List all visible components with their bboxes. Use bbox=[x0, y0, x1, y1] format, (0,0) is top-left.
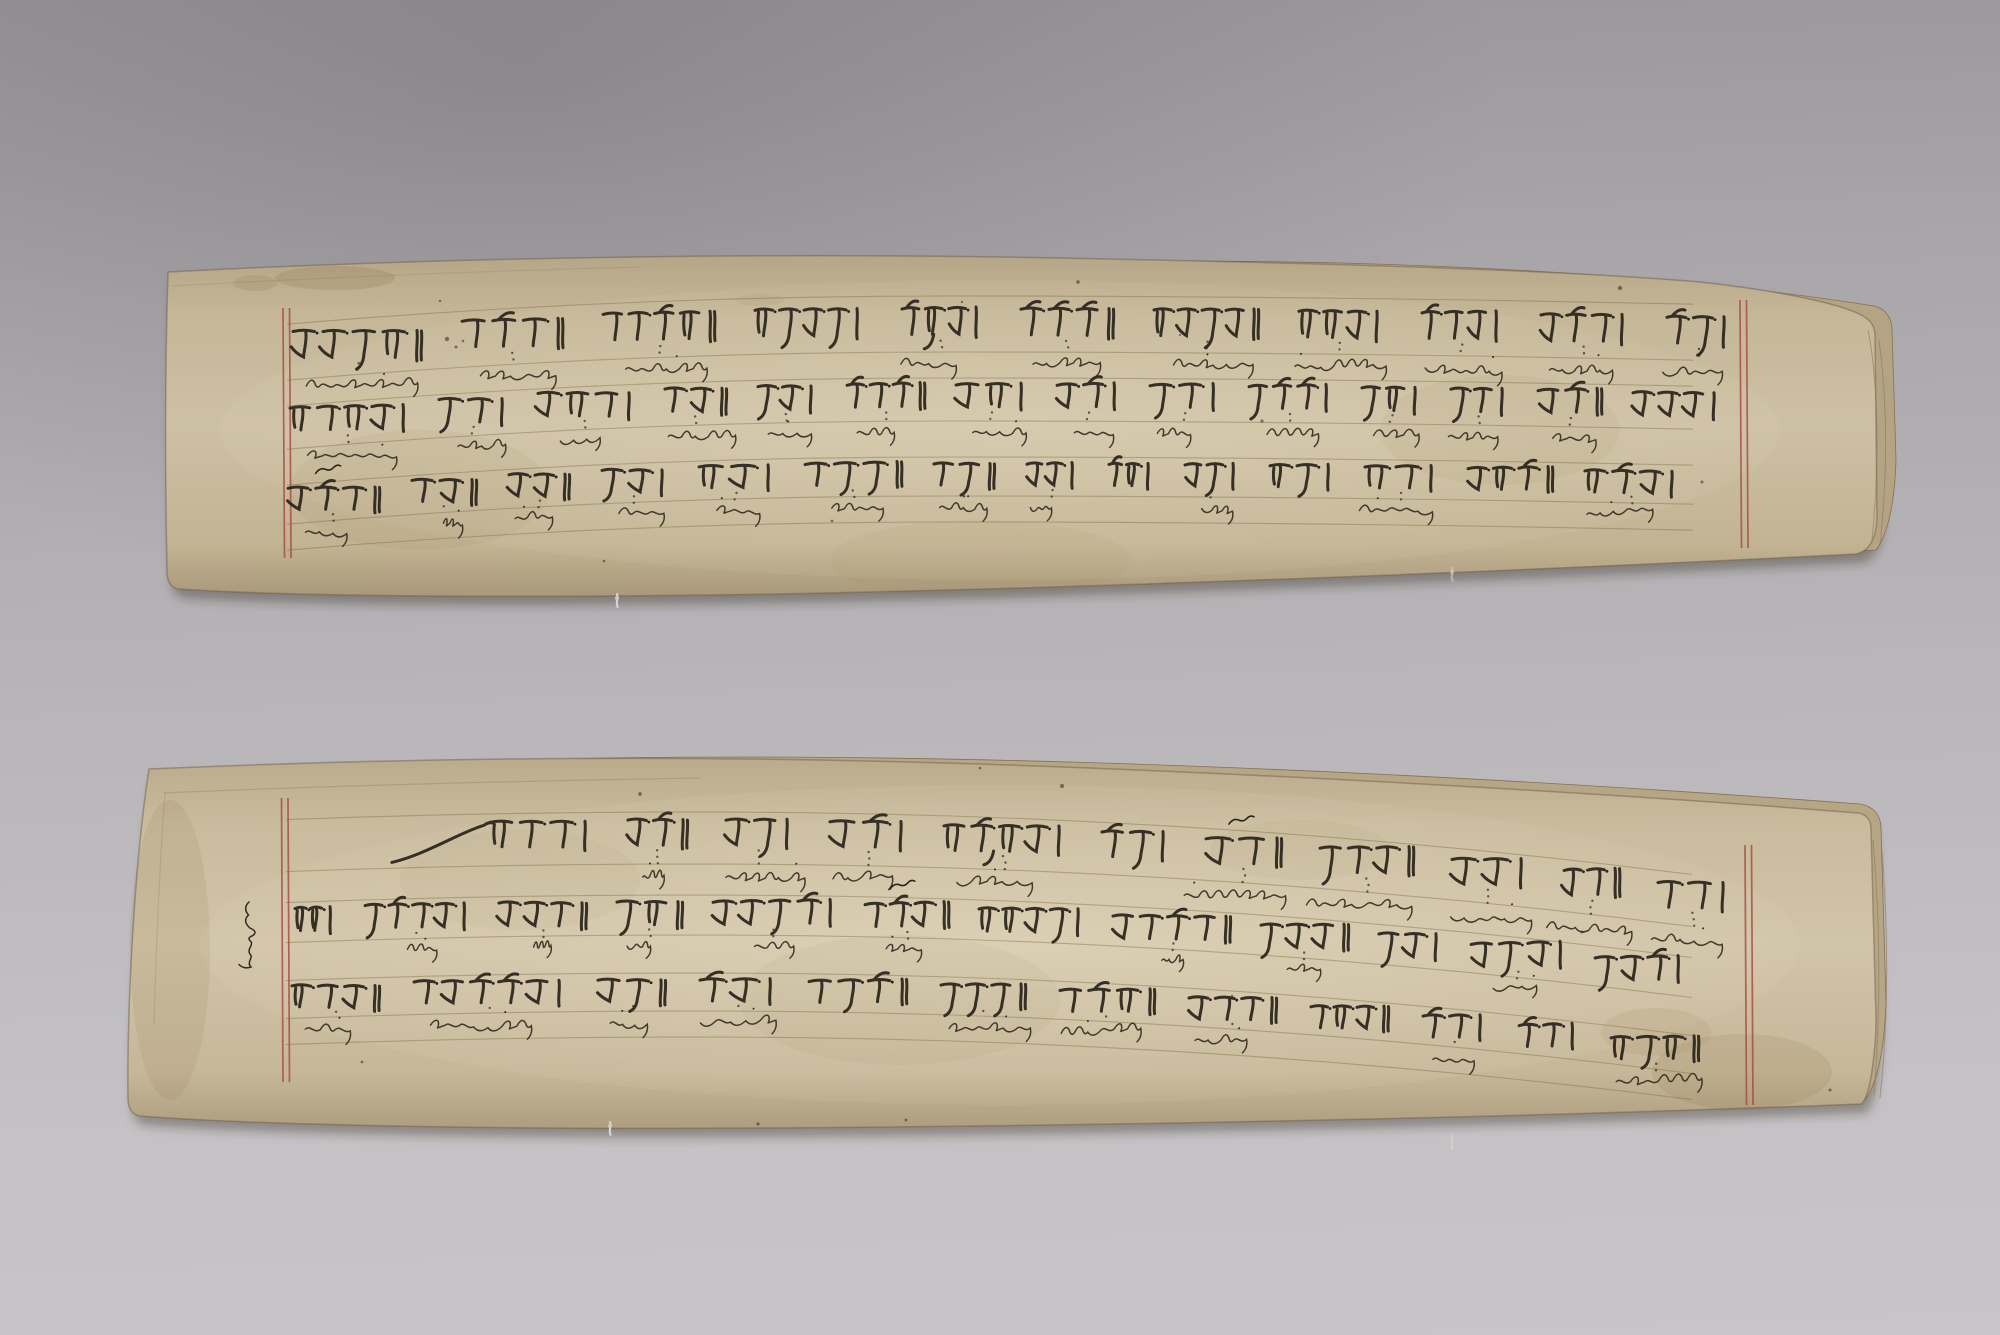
tsheg-dot bbox=[316, 332, 319, 335]
dotted-leader bbox=[335, 1011, 337, 1013]
dotted-leader bbox=[982, 1010, 984, 1012]
tsheg-dot bbox=[986, 985, 989, 988]
dotted-leader bbox=[1570, 417, 1572, 419]
tsheg-dot bbox=[1419, 467, 1422, 470]
dotted-leader bbox=[963, 495, 965, 497]
dotted-leader bbox=[1339, 342, 1341, 344]
tsheg-dot bbox=[1509, 860, 1512, 863]
paper-speck bbox=[439, 300, 441, 302]
bottom-leaf bbox=[128, 757, 1887, 1149]
dotted-leader bbox=[737, 1005, 739, 1007]
tsheg-dot bbox=[543, 823, 546, 826]
dotted-leader bbox=[1630, 496, 1632, 498]
dotted-leader bbox=[965, 489, 967, 491]
dotted-leader bbox=[443, 505, 445, 507]
tsheg-dot bbox=[967, 309, 970, 312]
tsheg-dot bbox=[1657, 1038, 1660, 1041]
dotted-leader bbox=[659, 345, 661, 347]
dotted-leader bbox=[1583, 352, 1585, 354]
tsheg-dot bbox=[1476, 860, 1479, 863]
thread-knot bbox=[1450, 570, 1454, 574]
dotted-leader bbox=[1004, 861, 1006, 863]
paper-speck bbox=[979, 767, 982, 770]
dotted-leader bbox=[1183, 419, 1185, 421]
tsheg-dot bbox=[725, 980, 728, 983]
paper-speck bbox=[455, 346, 458, 349]
paper-speck bbox=[961, 301, 963, 303]
tsheg-dot bbox=[1398, 848, 1401, 851]
tsheg-dot bbox=[943, 309, 946, 312]
dotted-leader bbox=[537, 506, 539, 508]
dotted-leader bbox=[648, 928, 650, 930]
dotted-leader bbox=[772, 929, 774, 931]
dotted-leader bbox=[1065, 340, 1067, 342]
dotted-leader bbox=[332, 513, 334, 515]
tsheg-dot bbox=[798, 310, 801, 313]
paper-speck bbox=[1260, 419, 1263, 422]
dotted-leader bbox=[1487, 889, 1489, 891]
dotted-leader bbox=[852, 489, 854, 491]
tsheg-dot bbox=[1307, 926, 1310, 929]
dotted-leader bbox=[1460, 350, 1462, 352]
paper-speck bbox=[361, 1061, 364, 1064]
dotted-leader bbox=[939, 340, 941, 342]
dotted-leader bbox=[1454, 1041, 1456, 1043]
dotted-leader bbox=[1338, 348, 1340, 350]
paper-speck bbox=[1076, 280, 1080, 284]
dotted-leader bbox=[633, 495, 635, 497]
tsheg-dot bbox=[520, 982, 523, 985]
dotted-leader bbox=[1086, 418, 1088, 420]
dotted-leader bbox=[991, 411, 993, 413]
tsheg-dot bbox=[960, 985, 963, 988]
dotted-leader bbox=[347, 434, 349, 436]
dotted-leader bbox=[772, 935, 774, 937]
dotted-leader bbox=[347, 441, 349, 443]
dotted-leader bbox=[695, 422, 697, 424]
tsheg-dot bbox=[1318, 466, 1321, 469]
paper-speck bbox=[1618, 286, 1622, 290]
tsheg-dot bbox=[406, 332, 409, 335]
dotted-leader bbox=[472, 426, 474, 428]
paper-stain bbox=[735, 294, 785, 306]
tsheg-dot bbox=[435, 982, 438, 985]
paper-thread bbox=[1452, 1136, 1453, 1149]
dotted-leader bbox=[1589, 906, 1591, 908]
dotted-leader bbox=[584, 420, 586, 422]
tsheg-dot bbox=[491, 400, 494, 403]
dotted-leader bbox=[633, 502, 635, 504]
dotted-leader bbox=[1582, 346, 1584, 348]
dotted-leader bbox=[1517, 971, 1519, 973]
tsheg-dot bbox=[1370, 848, 1373, 851]
dotted-leader bbox=[1655, 1069, 1657, 1071]
tsheg-dot bbox=[1063, 464, 1066, 467]
dotted-leader bbox=[907, 937, 909, 939]
dotted-leader bbox=[1241, 881, 1243, 883]
dotted-leader bbox=[656, 849, 658, 851]
tsheg-dot bbox=[1220, 310, 1223, 313]
manuscript-scene bbox=[0, 0, 2000, 1335]
dotted-leader bbox=[1231, 1023, 1233, 1025]
dotted-leader bbox=[1303, 951, 1305, 953]
tsheg-dot bbox=[492, 982, 495, 985]
tsheg-dot bbox=[1010, 385, 1013, 388]
dotted-leader bbox=[1289, 413, 1291, 415]
tsheg-dot bbox=[1443, 1016, 1446, 1019]
dotted-leader bbox=[584, 426, 586, 428]
dotted-leader bbox=[885, 418, 887, 420]
thread-knot bbox=[1450, 1138, 1454, 1142]
tsheg-dot bbox=[1196, 310, 1199, 313]
dotted-leader bbox=[1693, 925, 1695, 927]
dotted-leader bbox=[511, 352, 513, 354]
dotted-leader bbox=[1365, 877, 1367, 879]
paper-speck bbox=[445, 337, 449, 341]
tsheg-dot bbox=[1139, 990, 1142, 993]
dotted-leader bbox=[758, 849, 760, 851]
tsheg-dot bbox=[758, 980, 761, 983]
dotted-leader bbox=[867, 864, 869, 866]
dotted-leader bbox=[868, 857, 870, 859]
dotted-leader bbox=[853, 496, 855, 498]
paper-speck bbox=[1829, 1089, 1832, 1092]
tsheg-dot bbox=[756, 466, 759, 469]
dotted-leader bbox=[1693, 918, 1695, 920]
dotted-leader bbox=[758, 856, 760, 858]
paper-thread bbox=[617, 594, 618, 607]
dotted-leader bbox=[1051, 489, 1053, 491]
tsheg-dot bbox=[847, 310, 850, 313]
dotted-leader bbox=[1184, 412, 1186, 414]
thread-knot bbox=[615, 596, 619, 600]
dotted-leader bbox=[542, 936, 544, 938]
tsheg-dot bbox=[1487, 469, 1490, 472]
dotted-leader bbox=[941, 346, 943, 348]
dotted-leader bbox=[1569, 423, 1571, 425]
dotted-leader bbox=[1209, 496, 1211, 498]
dotted-leader bbox=[1004, 868, 1006, 870]
dotted-leader bbox=[1206, 341, 1208, 343]
dotted-leader bbox=[1002, 855, 1004, 857]
paper-speck bbox=[756, 1122, 759, 1125]
dotted-leader bbox=[1479, 422, 1481, 424]
dotted-leader bbox=[358, 362, 360, 364]
dotted-leader bbox=[867, 851, 869, 853]
tsheg-dot bbox=[1440, 313, 1443, 316]
dotted-leader bbox=[650, 935, 652, 937]
dotted-leader bbox=[885, 411, 887, 413]
dotted-leader bbox=[1486, 902, 1488, 904]
dotted-leader bbox=[332, 520, 334, 522]
paper-speck bbox=[1701, 481, 1704, 484]
tsheg-dot bbox=[574, 823, 577, 826]
dotted-leader bbox=[658, 351, 660, 353]
dotted-leader bbox=[656, 856, 658, 858]
dotted-leader bbox=[1367, 884, 1369, 886]
tsheg-dot bbox=[823, 310, 826, 313]
dotted-leader bbox=[356, 369, 358, 371]
dotted-leader bbox=[1244, 874, 1246, 876]
dotted-leader bbox=[1698, 354, 1700, 356]
thread-knot bbox=[608, 1124, 612, 1128]
dotted-leader bbox=[1289, 419, 1291, 421]
tsheg-dot bbox=[1224, 465, 1227, 468]
paper-thread bbox=[1452, 568, 1453, 581]
paper-speck bbox=[462, 340, 465, 343]
dotted-leader bbox=[1461, 343, 1463, 345]
paper-speck bbox=[638, 792, 642, 796]
tsheg-dot bbox=[1684, 1037, 1687, 1040]
dotted-leader bbox=[1655, 1063, 1657, 1065]
dotted-leader bbox=[542, 929, 544, 931]
dotted-leader bbox=[906, 931, 908, 933]
paper-stain bbox=[233, 275, 277, 291]
dotted-leader bbox=[1477, 415, 1479, 417]
dotted-leader bbox=[1051, 495, 1053, 497]
dotted-leader bbox=[539, 500, 541, 502]
paper-stain bbox=[830, 520, 1130, 600]
dotted-leader bbox=[1172, 942, 1174, 944]
tsheg-dot bbox=[1513, 468, 1516, 471]
tsheg-dot bbox=[560, 394, 563, 397]
dotted-leader bbox=[1400, 492, 1402, 494]
tsheg-dot bbox=[337, 488, 340, 491]
tsheg-dot bbox=[1631, 1038, 1634, 1041]
dotted-leader bbox=[1088, 411, 1090, 413]
paper-speck bbox=[1060, 784, 1064, 788]
dotted-leader bbox=[1172, 949, 1174, 951]
paper-stain bbox=[1210, 820, 1390, 880]
paper-speck bbox=[831, 520, 834, 523]
dotted-leader bbox=[1389, 421, 1391, 423]
dotted-leader bbox=[758, 862, 760, 864]
dotted-leader bbox=[1206, 347, 1208, 349]
tsheg-dot bbox=[461, 400, 464, 403]
dotted-leader bbox=[785, 413, 787, 415]
dotted-leader bbox=[1691, 912, 1693, 914]
dotted-leader bbox=[1400, 498, 1402, 500]
paper-stain bbox=[275, 266, 395, 290]
dotted-leader bbox=[1487, 895, 1489, 897]
dotted-leader bbox=[694, 415, 696, 417]
tsheg-dot bbox=[364, 489, 367, 492]
dotted-leader bbox=[512, 358, 514, 360]
dotted-leader bbox=[1242, 868, 1244, 870]
tsheg-dot bbox=[748, 820, 751, 823]
dotted-leader bbox=[632, 1005, 634, 1007]
tsheg-dot bbox=[1470, 1016, 1473, 1019]
dotted-leader bbox=[1698, 348, 1700, 350]
paper-stain bbox=[130, 800, 210, 1100]
paper-speck bbox=[905, 1119, 908, 1122]
dotted-leader bbox=[1516, 977, 1518, 979]
dotted-leader bbox=[415, 932, 417, 934]
dotted-leader bbox=[1105, 1015, 1107, 1017]
dotted-leader bbox=[1631, 502, 1633, 504]
manuscript-photograph bbox=[0, 0, 2000, 1335]
tsheg-dot bbox=[1172, 310, 1175, 313]
paper-thread bbox=[610, 1122, 611, 1135]
tsheg-dot bbox=[1281, 925, 1284, 928]
dotted-leader bbox=[735, 492, 737, 494]
tsheg-dot bbox=[1291, 466, 1294, 469]
dotted-leader bbox=[489, 1007, 491, 1009]
dotted-leader bbox=[1211, 490, 1213, 492]
dotted-leader bbox=[1591, 900, 1593, 902]
tsheg-dot bbox=[346, 332, 349, 335]
tsheg-dot bbox=[774, 310, 777, 313]
tsheg-dot bbox=[1388, 467, 1391, 470]
dotted-leader bbox=[1590, 913, 1592, 915]
dotted-leader bbox=[471, 432, 473, 434]
dotted-leader bbox=[1067, 346, 1069, 348]
paper-speck bbox=[603, 560, 606, 563]
tsheg-dot bbox=[1538, 468, 1541, 471]
dotted-leader bbox=[657, 862, 659, 864]
top-leaf bbox=[166, 256, 1896, 607]
paper-speck bbox=[1179, 334, 1181, 336]
dotted-leader bbox=[1366, 890, 1368, 892]
dotted-leader bbox=[1391, 414, 1393, 416]
dotted-leader bbox=[733, 498, 735, 500]
dotted-leader bbox=[989, 418, 991, 420]
dotted-leader bbox=[1303, 958, 1305, 960]
tsheg-dot bbox=[309, 488, 312, 491]
paper-stain bbox=[740, 935, 1060, 1065]
